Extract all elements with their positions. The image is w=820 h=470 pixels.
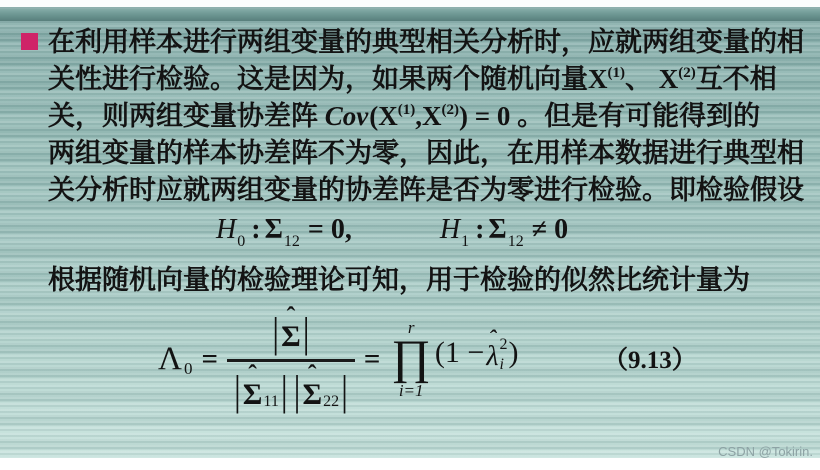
abs-bar: | <box>234 371 241 414</box>
sigma-hat-symbol: ˆΣ <box>302 370 322 410</box>
exponent-2: 2 <box>499 337 507 353</box>
equals-sign: = <box>201 343 218 376</box>
term-close: ) <box>508 336 518 370</box>
sigma11-determinant: | ˆΣ 11 | <box>232 370 290 410</box>
open-paren: ( <box>369 101 378 131</box>
abs-bar: | <box>281 371 288 414</box>
product-symbol: ∏ <box>391 338 431 379</box>
equation-number: （9.13） <box>603 340 697 376</box>
determinant-fraction: | ˆΣ | | ˆΣ 11 | | ˆΣ 22 | <box>227 306 355 412</box>
hat-accent: ˆ <box>287 304 296 330</box>
index-i: i <box>499 357 503 373</box>
vector-x2-symbol: X <box>422 101 442 131</box>
superscript-2: (2) <box>442 102 460 118</box>
text-run: 关，则两组变量协差阵 <box>48 101 325 131</box>
comma: , <box>415 101 422 131</box>
text-run: 关性进行检验。这是因为，如果两个随机向量 <box>48 64 588 94</box>
likelihood-ratio-formula: Λ0 = | ˆΣ | | ˆΣ 11 | | ˆΣ 22 | <box>158 296 518 422</box>
fraction-numerator: | ˆΣ | <box>264 306 317 359</box>
text-line-4: 两组变量的样本协差阵不为零，因此，在用样本数据进行典型相 <box>48 135 813 172</box>
subscript-22: 22 <box>323 393 339 411</box>
presentation-slide: 在利用样本进行两组变量的典型相关分析时，应就两组变量的相 关性进行检验。这是因为… <box>0 0 820 470</box>
hat-accent: ˆ <box>308 362 317 388</box>
sigma-symbol: Σ <box>265 214 283 246</box>
equals-sign: = <box>364 343 381 376</box>
watermark: CSDN @Tokirin. <box>718 444 813 459</box>
h1-rhs: ≠ 0 <box>532 214 568 246</box>
superscript-1: (1) <box>398 102 416 118</box>
colon: : <box>475 214 484 246</box>
enumeration-comma: 、 <box>625 64 659 94</box>
fraction-denominator: | ˆΣ 11 | | ˆΣ 22 | <box>227 359 355 412</box>
text-line-5: 关分析时应就两组变量的协差阵是否为零进行检验。即检验假设 <box>48 172 813 209</box>
top-teal-band <box>0 9 820 21</box>
h0-subscript: 0 <box>237 233 245 251</box>
theory-line: 根据随机向量的检验理论可知，用于检验的似然比统计量为 <box>48 262 750 299</box>
sigma-subscript-12: 12 <box>508 233 524 251</box>
superscript-1: (1) <box>608 65 626 81</box>
lambda-subscript-0: 0 <box>184 359 193 379</box>
lambda-capital-symbol: Λ <box>158 341 182 378</box>
subscript-11: 11 <box>263 393 278 411</box>
bullet-square-icon <box>21 33 38 50</box>
text-line-1: 在利用样本进行两组变量的典型相关分析时，应就两组变量的相 <box>48 24 813 61</box>
superscript-2: (2) <box>678 65 696 81</box>
h0-rhs: = 0, <box>308 214 352 246</box>
text-run: 互不相 <box>696 64 777 94</box>
top-white-strip <box>0 0 820 7</box>
sigma-symbol: Σ <box>488 214 506 246</box>
hypothesis-line: H0:Σ12= 0, H1:Σ12≠ 0 <box>216 214 568 246</box>
cov-operator: Cov <box>325 101 370 131</box>
abs-bar: | <box>341 371 348 414</box>
body-paragraph: 在利用样本进行两组变量的典型相关分析时，应就两组变量的相 关性进行检验。这是因为… <box>48 24 813 209</box>
h0-symbol: H <box>216 214 236 246</box>
sigma-hat-symbol: ˆΣ <box>243 370 263 410</box>
product-term: (1 − ˆλ 2 i ) <box>435 333 519 373</box>
sigma-hat-symbol: ˆΣ <box>281 312 301 352</box>
abs-bar: | <box>272 313 279 356</box>
text-run: 但是有可能得到的 <box>544 101 760 131</box>
vector-x2-symbol: X <box>659 64 679 94</box>
text-line-3: 关，则两组变量协差阵 Cov(X(1),X(2)) = 0 。但是有可能得到的 <box>48 98 813 135</box>
colon: : <box>251 214 260 246</box>
bottom-white-strip <box>0 458 820 470</box>
abs-bar: | <box>294 371 301 414</box>
sigma-subscript-12: 12 <box>284 233 300 251</box>
text-line-2: 关性进行检验。这是因为，如果两个随机向量X(1)、 X(2)互不相 <box>48 61 813 98</box>
hat-accent: ˆ <box>248 362 257 388</box>
abs-bar: | <box>303 313 310 356</box>
vector-x1-symbol: X <box>378 101 398 131</box>
h1-subscript: 1 <box>461 233 469 251</box>
vector-x1-symbol: X <box>588 64 608 94</box>
lambda-sub-sup: 2 i <box>499 337 507 373</box>
sigma22-determinant: | ˆΣ 22 | <box>292 370 350 410</box>
h1-symbol: H <box>440 214 460 246</box>
product-lower-limit: i=1 <box>399 382 424 399</box>
product-operator: r ∏ i=1 <box>391 319 431 400</box>
equals-zero: ) = 0 。 <box>459 101 544 131</box>
hat-accent: ˆ <box>489 327 496 349</box>
term-open: (1 − <box>435 336 484 370</box>
lambda-hat-symbol: ˆλ <box>486 333 498 373</box>
